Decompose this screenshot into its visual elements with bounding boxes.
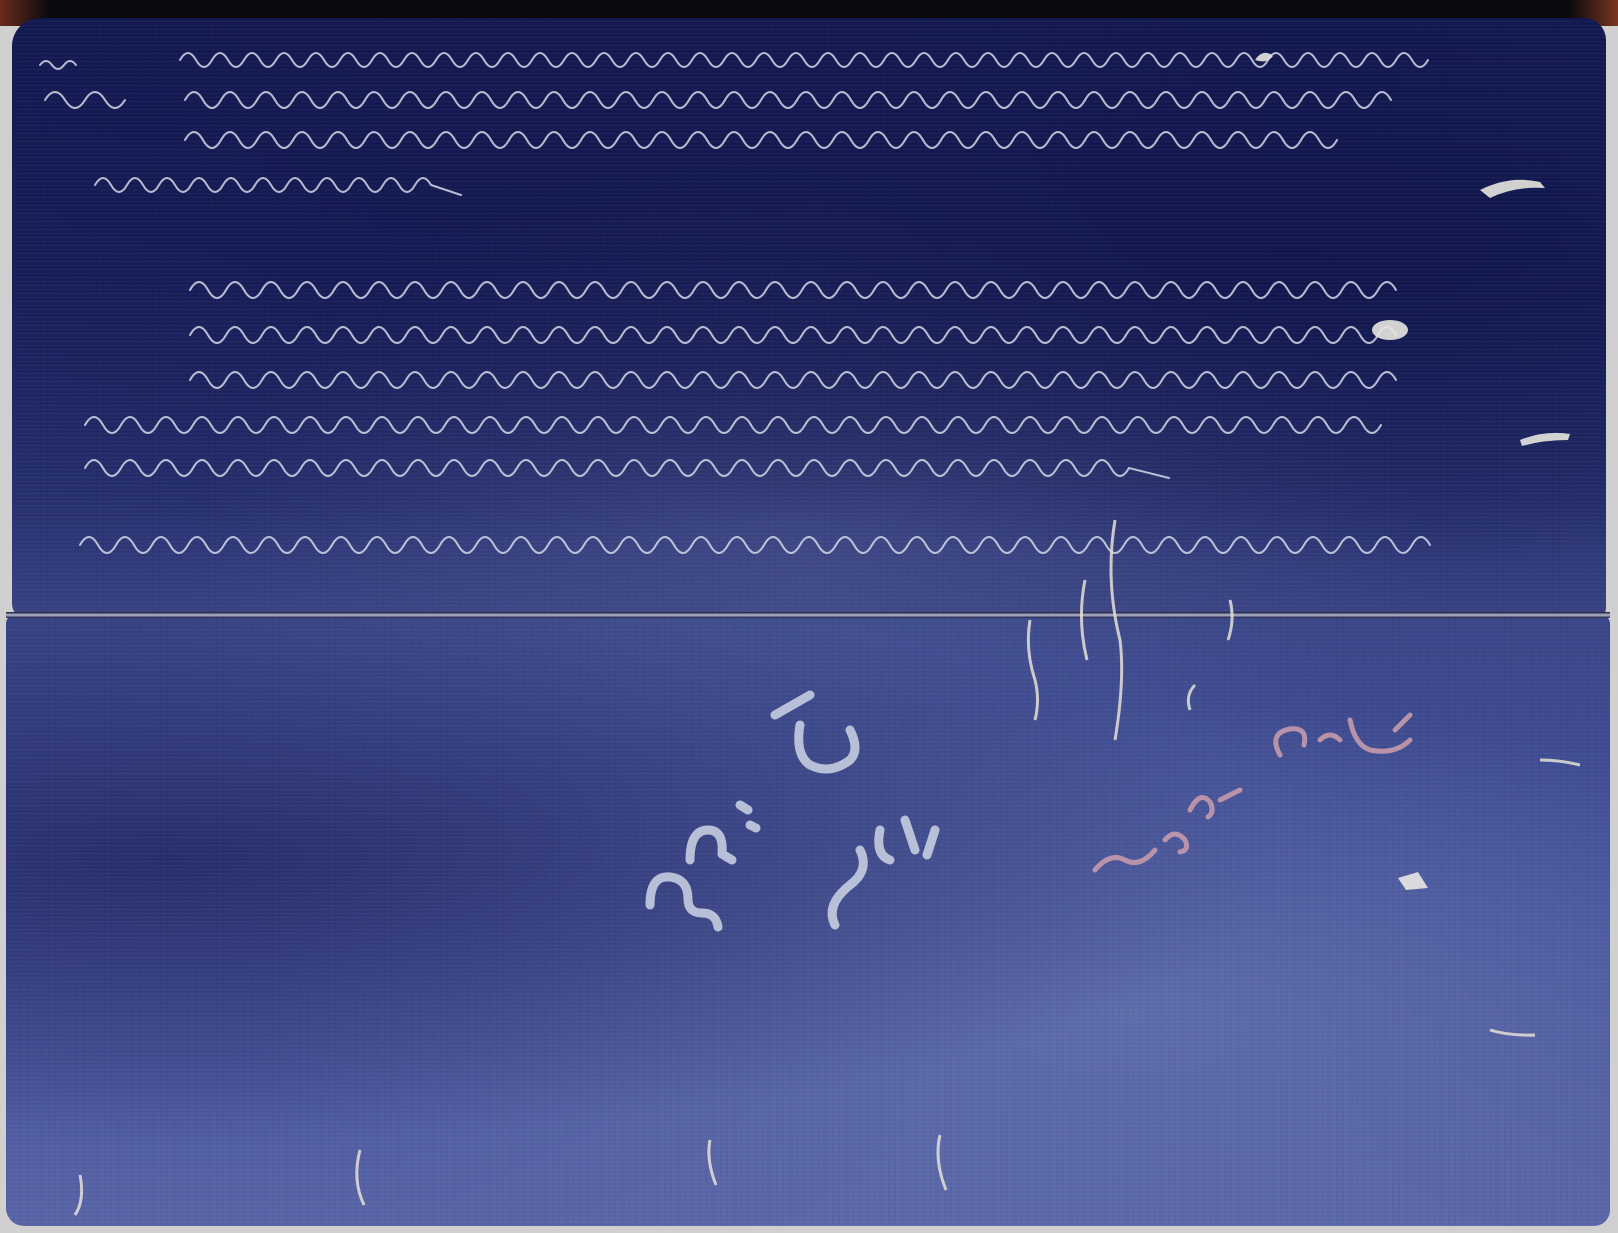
handwritten-script [0, 0, 1618, 1233]
manuscript-photo: Burmese parabaik manuscript (folded blac… [0, 0, 1618, 1233]
